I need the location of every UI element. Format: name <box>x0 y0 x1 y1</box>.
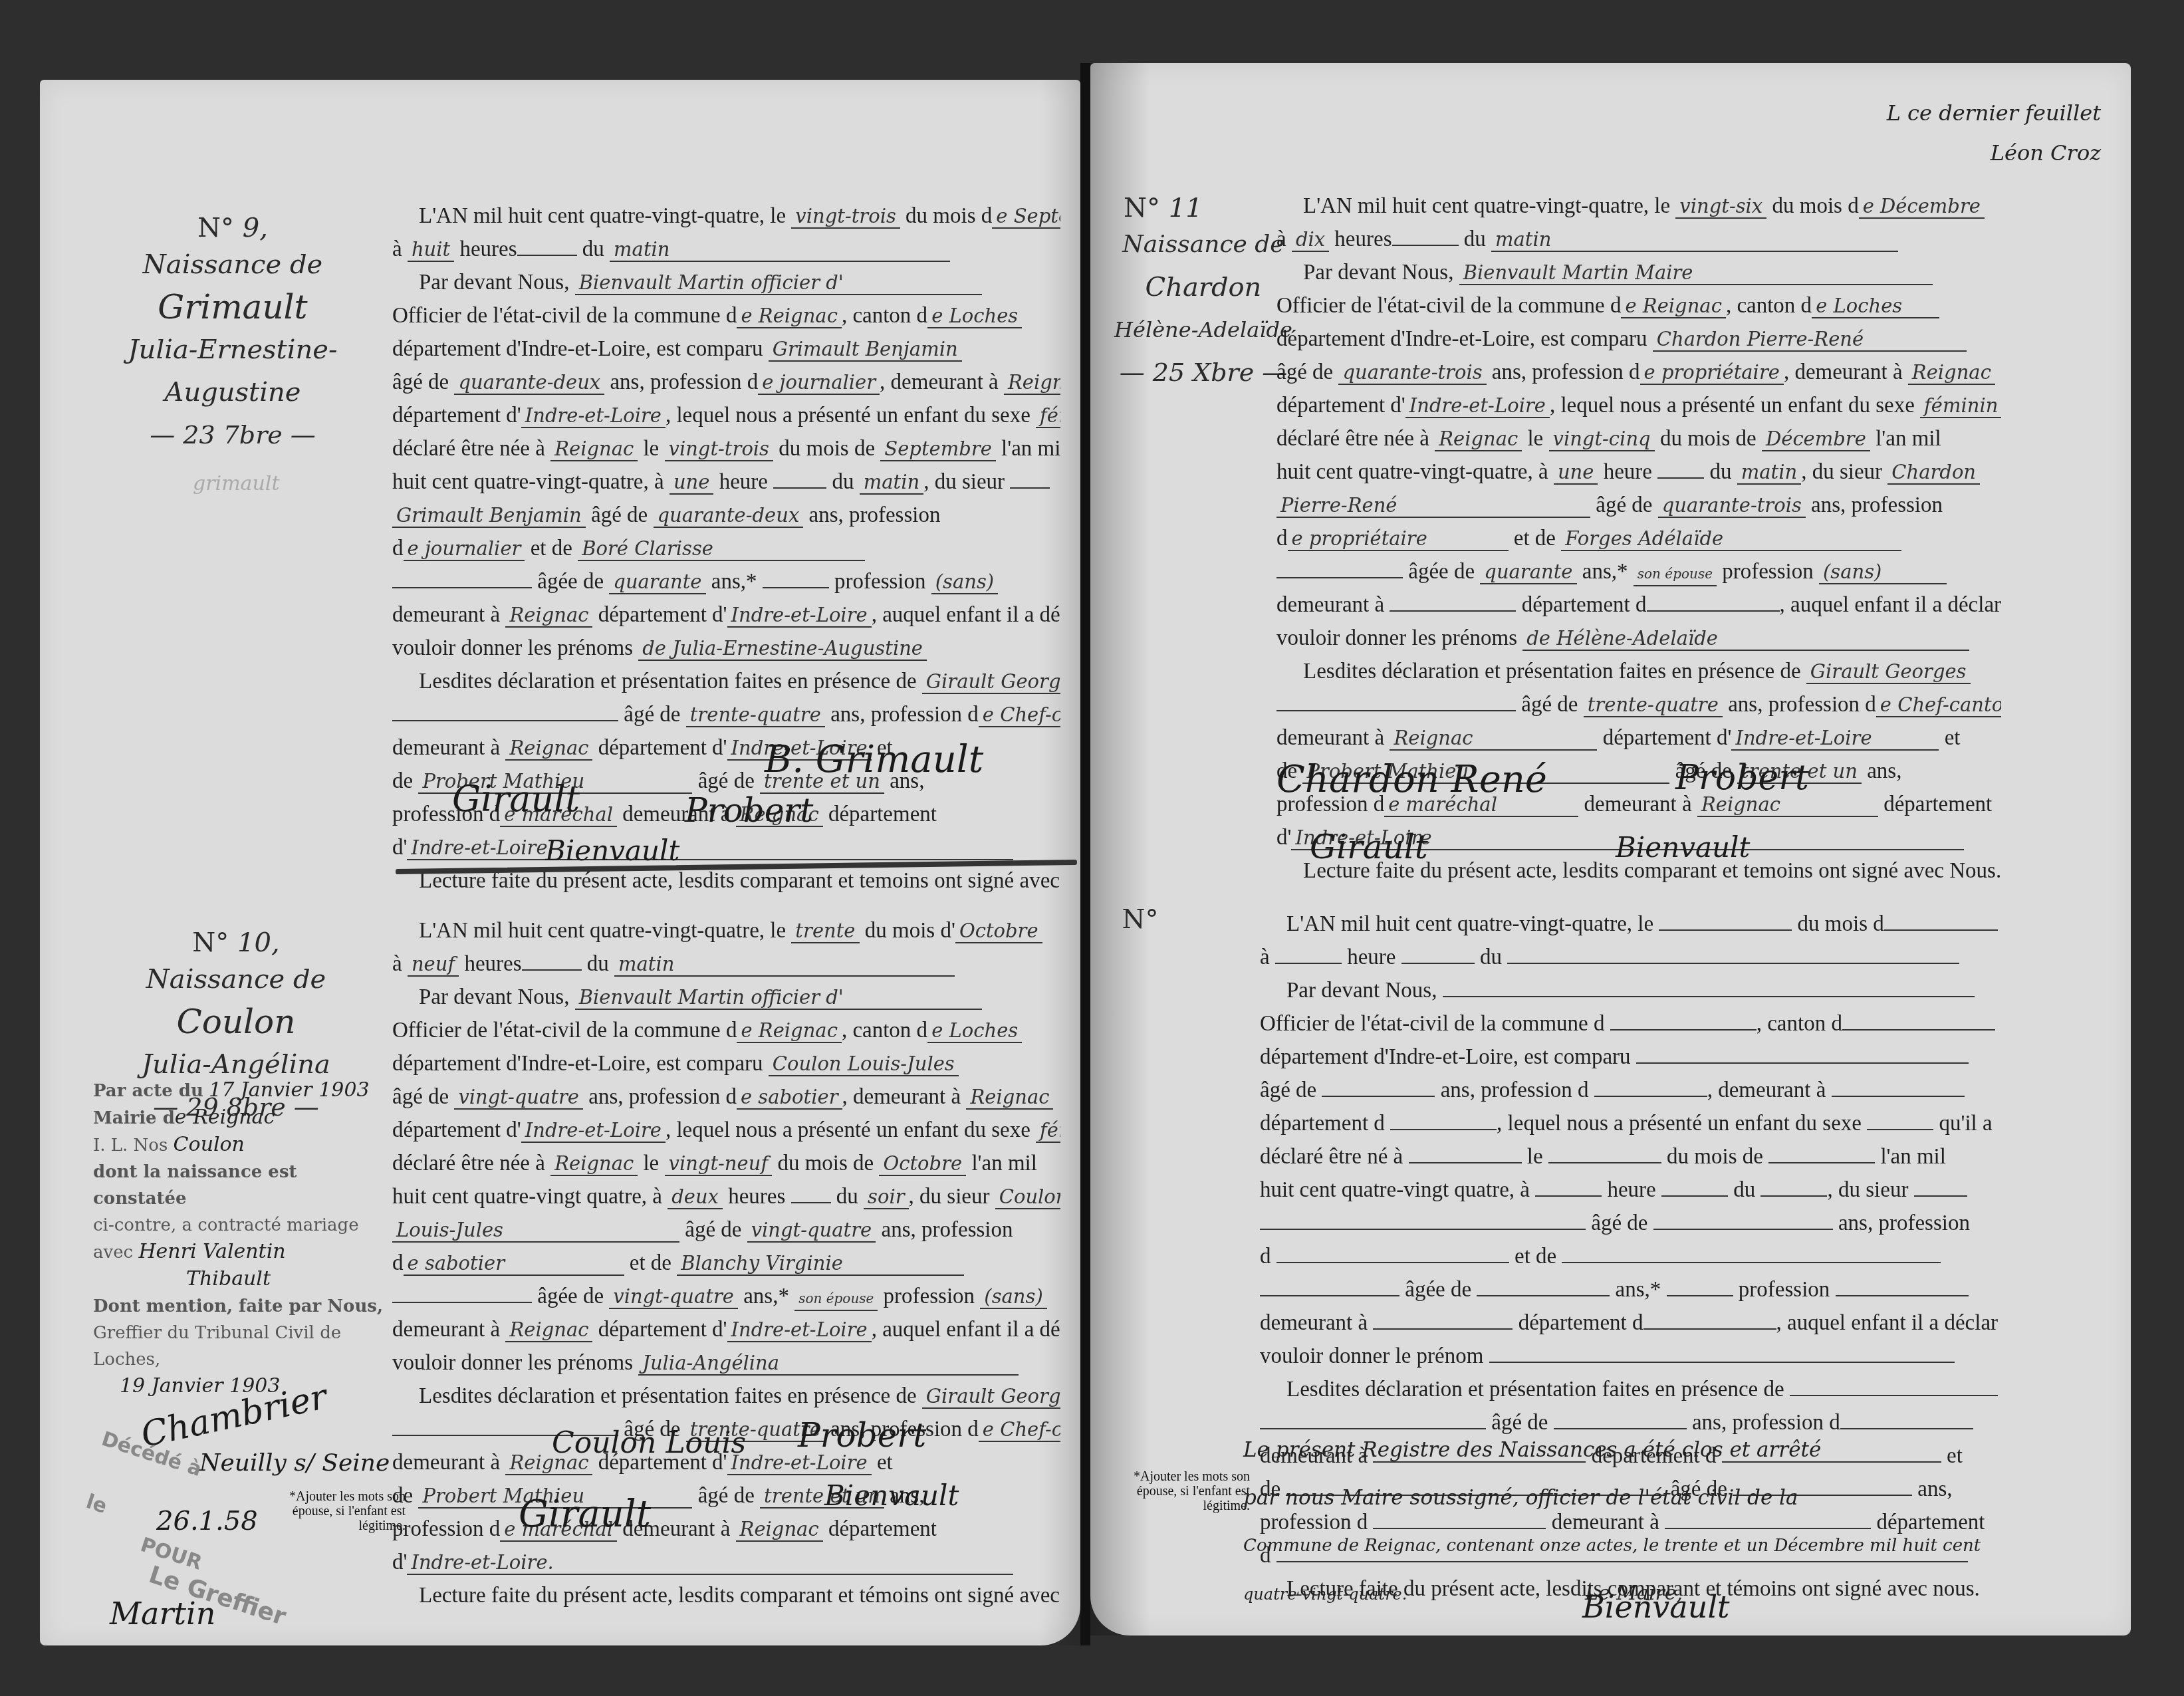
line-14: vouloir donner les prénoms de Hélène-Ade… <box>1276 622 2001 655</box>
line-15: Lesdites déclaration et présentation fai… <box>392 1380 1060 1413</box>
top-note-line-1: L ce dernier feuillet <box>1808 93 2101 133</box>
closing-line-4: quatre-vingt-quatre. <box>1243 1585 1407 1604</box>
bleed-through-text: grimault <box>193 472 279 495</box>
margin-surname: Grimault <box>73 286 392 328</box>
line-20: d'Indre-et-Loire. <box>392 1546 1060 1579</box>
act-number: 10, <box>237 927 280 958</box>
line-9: huit cent quatre-vingt-quatre, à une heu… <box>1276 455 2001 489</box>
margin-surname: Chardon <box>1104 266 1303 308</box>
line-17: demeurant à Reignac département d'Indre-… <box>1276 721 2001 755</box>
act-number: 11 <box>1169 193 1203 223</box>
line-10: Pierre-René âgé de quarante-trois ans, p… <box>1276 489 2001 522</box>
signature-girault: Girault <box>519 1493 651 1536</box>
line-1: L'AN mil huit cent quatre-vingt-quatre, … <box>392 199 1060 233</box>
closing-line-3: Commune de Reignac, contenant onze actes… <box>1243 1522 2141 1570</box>
line-8: déclaré être née à Reignac le vingt-troi… <box>392 432 1060 465</box>
line-3: Par devant Nous, <box>1260 974 1998 1007</box>
line-11: d et de <box>1260 1240 1998 1273</box>
line-6: âgé de quarante-trois ans, profession de… <box>1276 356 2001 389</box>
line-21: Lecture faite du présent acte, lesdits c… <box>392 1579 1060 1612</box>
line-15: Lesdites déclaration et présentation fai… <box>1276 655 2001 688</box>
line-2: à dix heures du matin <box>1276 223 2001 256</box>
signature-girault: Girault <box>452 778 580 820</box>
signature-coulon: Coulon Louis <box>552 1426 746 1460</box>
book-gutter <box>1080 63 1090 1645</box>
line-10: Louis-Jules âgé de vingt-quatre ans, pro… <box>392 1213 1060 1247</box>
line-9: huit cent quatre-vingt-quatre, à une heu… <box>392 465 1060 499</box>
line-12: âgée de quarante ans,* profession (sans) <box>392 565 1060 598</box>
footnote: *Ajouter les mots son épouse, si l'enfan… <box>253 1489 406 1533</box>
line-5: département d'Indre-et-Loire, est compar… <box>392 332 1060 366</box>
line-4: Officier de l'état-civil de la commune d… <box>392 299 1060 332</box>
line-1: L'AN mil huit cent quatre-vingt-quatre, … <box>392 914 1060 947</box>
signature-bienvault: Bienvault <box>824 1479 959 1512</box>
margin-given-names: Julia-Ernestine-Augustine <box>73 328 392 414</box>
number-label: N° <box>192 927 229 958</box>
line-10: âgé de ans, profession <box>1260 1207 1998 1240</box>
line-10: Grimault Benjamin âgé de quarante-deux a… <box>392 499 1060 532</box>
line-6: âgé de vingt-quatre ans, profession de s… <box>392 1080 1060 1114</box>
line-8: déclaré être née à Reignac le vingt-cinq… <box>1276 422 2001 455</box>
act-10-body: L'AN mil huit cent quatre-vingt-quatre, … <box>392 914 1060 1612</box>
margin-date: — 23 7bre — <box>73 414 392 456</box>
line-16: âgé de trente-quatre ans, profession de … <box>392 698 1060 731</box>
line-7: département d'Indre-et-Loire, lequel nou… <box>1276 389 2001 422</box>
signature-bienvault: Bienvault <box>545 834 679 867</box>
signature-bienvault: Bienvault <box>1616 831 1750 864</box>
line-12: âgée de quarante ans,* son épouse profes… <box>1276 555 2001 588</box>
line-11: de propriétaire et de Forges Adélaïde <box>1276 522 2001 555</box>
line-6: âgé de quarante-deux ans, profession de … <box>392 366 1060 399</box>
footnote: *Ajouter les mots son épouse, si l'enfan… <box>1097 1469 1250 1513</box>
margin-blank-form: N° <box>1114 904 1167 935</box>
line-16: âgé de trente-quatre ans, profession de … <box>1276 688 2001 721</box>
line-4: Officier de l'état-civil de la commune d… <box>1276 289 2001 322</box>
marginal-marriage-mention: Par acte du 17 Janvier 1903 Mairie de Re… <box>93 1077 386 1400</box>
signature-probert: Probert <box>1675 758 1809 798</box>
line-12: âgée de ans,* profession <box>1260 1273 1998 1306</box>
line-20: d'Indre-et-Loire. <box>392 831 1060 864</box>
margin-title: Naissance de <box>1104 223 1303 266</box>
line-1: L'AN mil huit cent quatre-vingt-quatre, … <box>1276 189 2001 223</box>
line-8: déclaré être né à le du mois de l'an mil <box>1260 1140 1998 1173</box>
line-3: Par devant Nous, Bienvault Martin Maire <box>1276 256 2001 289</box>
signature-grimault: B. Grimault <box>765 738 983 781</box>
line-7: département d'Indre-et-Loire, lequel nou… <box>392 399 1060 432</box>
line-13: demeurant à département d, auquel enfant… <box>1260 1306 1998 1340</box>
signature-martin: Martin <box>110 1596 215 1632</box>
line-8: déclaré être née à Reignac le vingt-neuf… <box>392 1147 1060 1180</box>
line-14: vouloir donner les prénoms Julia-Angélin… <box>392 1346 1060 1380</box>
number-label: N° <box>1114 904 1167 935</box>
line-13: demeurant à département d, auquel enfant… <box>1276 588 2001 622</box>
margin-date: — 25 Xbre — <box>1104 351 1303 394</box>
number-label: N° <box>197 213 234 243</box>
line-3: Par devant Nous, Bienvault Martin offici… <box>392 266 1060 299</box>
line-4: Officier de l'état-civil de la commune d… <box>1260 1007 1998 1040</box>
line-5: département d'Indre-et-Loire, est compar… <box>1276 322 2001 356</box>
line-9: huit cent quatre-vingt quatre, à heure d… <box>1260 1173 1998 1207</box>
closing-line-2: par nous Maire soussigné, officier de l'… <box>1243 1474 2141 1522</box>
signature-probert: Probert <box>798 1416 926 1455</box>
line-1: L'AN mil huit cent quatre-vingt-quatre, … <box>1260 908 1998 941</box>
closing-line-1: Le présent Registre des Naissances a été… <box>1243 1426 2141 1474</box>
line-3: Par devant Nous, Bienvault Martin offici… <box>392 981 1060 1014</box>
line-19: profession de maréchal demeurant à Reign… <box>392 1513 1060 1546</box>
line-12: âgée de vingt-quatre ans,* son épouse pr… <box>392 1280 1060 1313</box>
line-11: de journalier et de Boré Clarisse <box>392 532 1060 565</box>
margin-given-names: Hélène-Adelaïde <box>1104 308 1303 351</box>
margin-surname: Coulon <box>80 1001 392 1043</box>
line-7: département d , lequel nous a présenté u… <box>1260 1107 1998 1140</box>
line-15: Lesdites déclaration et présentation fai… <box>1260 1373 1998 1406</box>
line-15: Lesdites déclaration et présentation fai… <box>392 665 1060 698</box>
line-13: demeurant à Reignac département d'Indre-… <box>392 598 1060 632</box>
signature-probert: Probert <box>685 791 813 830</box>
margin-act-9: N° 9, Naissance de Grimault Julia-Ernest… <box>73 213 392 456</box>
line-6: âgé de ans, profession d , demeurant à <box>1260 1074 1998 1107</box>
signature-chardon: Chardon René <box>1276 758 1547 801</box>
line-2: à huit heures du matin <box>392 233 1060 266</box>
signature-girault: Girault <box>1310 828 1428 866</box>
line-2: à neuf heures du matin <box>392 947 1060 981</box>
margin-act-11: N° 11 Naissance de Chardon Hélène-Adelaï… <box>1104 193 1303 394</box>
line-14: vouloir donner les prénoms de Julia-Erne… <box>392 632 1060 665</box>
margin-title: Naissance de <box>73 243 392 286</box>
line-9: huit cent quatre-vingt quatre, à deux he… <box>392 1180 1060 1213</box>
line-5: département d'Indre-et-Loire, est compar… <box>1260 1040 1998 1074</box>
number-label: N° <box>1124 193 1160 223</box>
line-7: département d'Indre-et-Loire, lequel nou… <box>392 1114 1060 1147</box>
line-5: département d'Indre-et-Loire, est compar… <box>392 1047 1060 1080</box>
line-14: vouloir donner le prénom <box>1260 1340 1998 1373</box>
line-13: demeurant à Reignac département d'Indre-… <box>392 1313 1060 1346</box>
line-2: à heure du <box>1260 941 1998 974</box>
line-4: Officier de l'état-civil de la commune d… <box>392 1014 1060 1047</box>
signature-mayor: Bienvault <box>1582 1589 1730 1625</box>
line-11: de sabotier et de Blanchy Virginie <box>392 1247 1060 1280</box>
top-note-line-2: Léon Croz <box>1808 133 2101 173</box>
act-number: 9, <box>243 213 268 243</box>
top-right-note: L ce dernier feuillet Léon Croz <box>1808 93 2101 173</box>
line-18: de Probert Mathieu âgé de trente et un a… <box>392 1479 1060 1513</box>
margin-title: Naissance de <box>80 958 392 1001</box>
